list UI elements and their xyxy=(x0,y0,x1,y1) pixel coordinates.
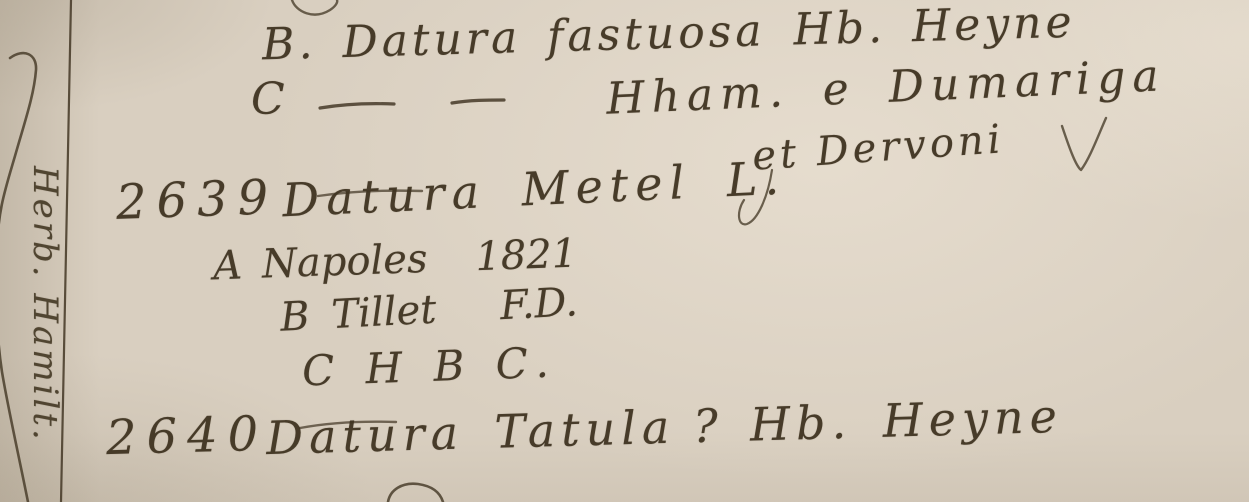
cutoff-descender-stroke xyxy=(292,0,337,15)
cutoff-letter-bottom xyxy=(388,484,443,502)
sub-a-label: A xyxy=(212,242,242,289)
entry-2640-query-mark: ? xyxy=(692,398,724,453)
ditto-dash-2 xyxy=(452,100,504,103)
dumariga-flourish xyxy=(1062,118,1106,170)
ditto-dash-1 xyxy=(320,104,394,108)
entry-2640-name: Datura Tatula xyxy=(265,400,676,465)
entry-2639-sub-a: ANapoles1821 xyxy=(212,234,577,287)
sub-a-year: 1821 xyxy=(475,231,578,281)
margin-inscription: Herb. Hamilt. xyxy=(28,166,62,443)
entry-line-c-label: C xyxy=(251,78,285,122)
sub-b-source: F.D. xyxy=(499,279,579,329)
sub-b-text: Tillet xyxy=(330,287,437,338)
entry-2640-source: Hb. Heyne xyxy=(749,389,1063,452)
entry-line-b-source: Hb. Heyne xyxy=(793,0,1076,56)
entry-2639-number: 2639 xyxy=(115,173,279,227)
entry-2640-number: 2640 xyxy=(105,410,268,462)
sub-a-text: Napoles xyxy=(261,236,428,288)
sub-b-label: B xyxy=(279,293,311,340)
entry-2639-sub-c: C H B C. xyxy=(301,342,558,393)
catalog-page: Herb. Hamilt. B. Datura fastuosaHb. Heyn… xyxy=(0,0,1249,502)
